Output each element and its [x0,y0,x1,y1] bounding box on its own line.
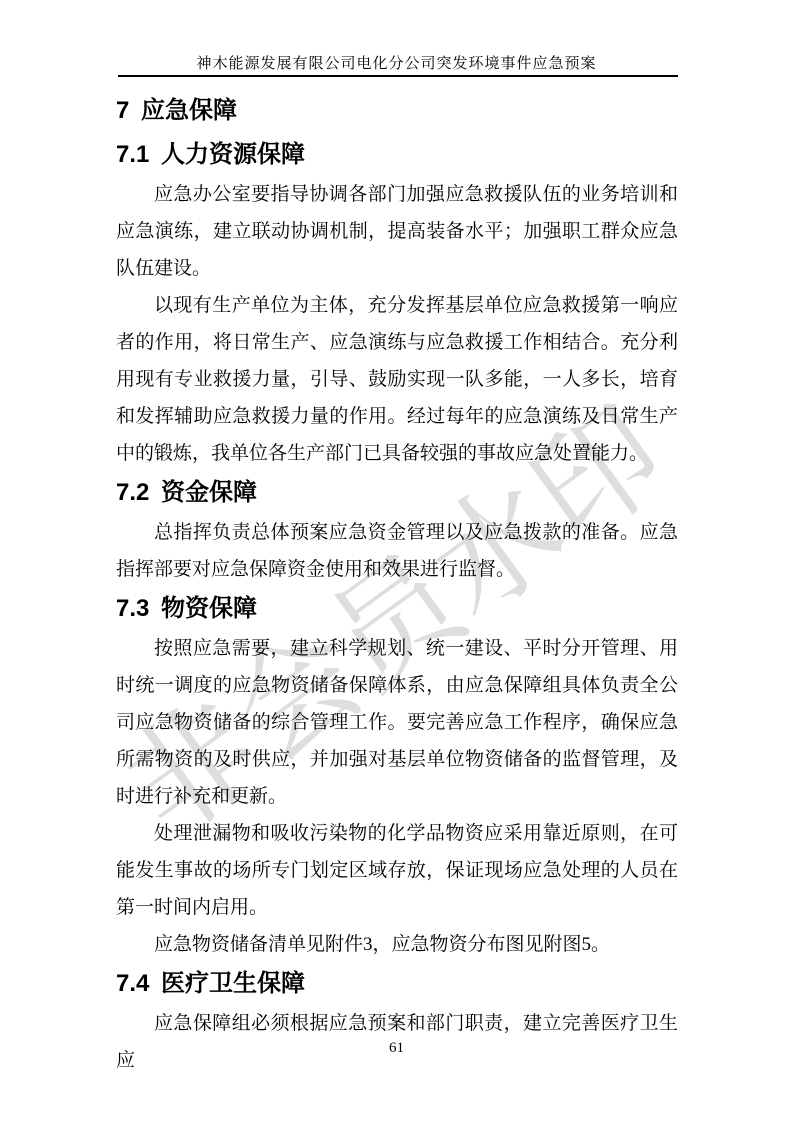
paragraph-7-3-a: 按照应急需要，建立科学规划、统一建设、平时分开管理、用时统一调度的应急物资储备保… [116,630,678,815]
paragraph-7-1-a: 应急办公室要指导协调各部门加强应急救援队伍的业务培训和应急演练，建立联动协调机制… [116,176,678,287]
page-content: 7 应急保障 7.1 人力资源保障 应急办公室要指导协调各部门加强应急救援队伍的… [116,90,678,1079]
document-page: 非会员水印 神木能源发展有限公司电化分公司突发环境事件应急预案 7 应急保障 7… [0,0,793,1122]
page-header-title: 神木能源发展有限公司电化分公司突发环境事件应急预案 [0,52,793,73]
paragraph-7-3-b: 处理泄漏物和吸收污染物的化学品物资应采用靠近原则，在可能发生事故的场所专门划定区… [116,815,678,926]
section-heading-7-1: 7.1 人力资源保障 [116,140,678,170]
page-number: 61 [0,1040,793,1057]
section-heading-7-2: 7.2 资金保障 [116,478,678,508]
paragraph-7-1-b: 以现有生产单位为主体，充分发挥基层单位应急救援第一响应者的作用，将日常生产、应急… [116,287,678,472]
section-heading-7: 7 应急保障 [116,96,678,126]
section-heading-7-4: 7.4 医疗卫生保障 [116,969,678,999]
header-rule-divider [118,75,678,77]
paragraph-7-2-a: 总指挥负责总体预案应急资金管理以及应急拨款的准备。应急指挥部要对应急保障资金使用… [116,514,678,588]
section-heading-7-3: 7.3 物资保障 [116,594,678,624]
paragraph-7-3-c: 应急物资储备清单见附件3，应急物资分布图见附图5。 [116,926,678,963]
